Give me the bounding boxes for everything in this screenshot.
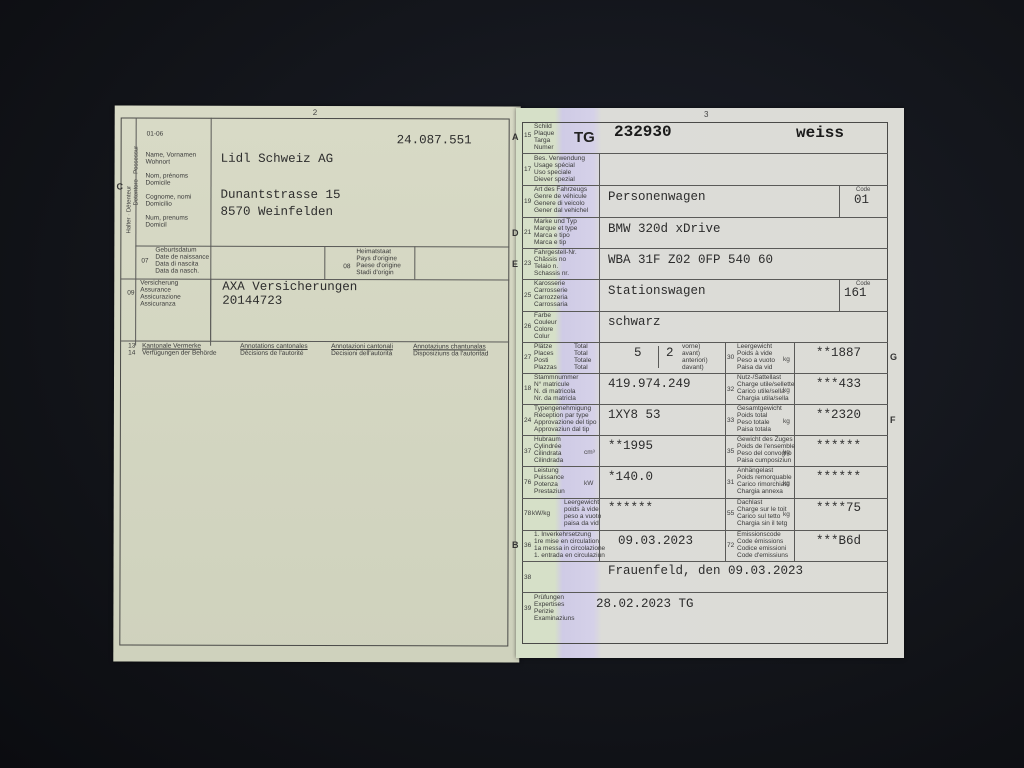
- holder-city: 8570 Weinfelden: [220, 205, 333, 219]
- canton-code: TG: [574, 129, 595, 146]
- inspection-date: 28.02.2023 TG: [596, 597, 694, 611]
- roof-load: ****75: [816, 501, 861, 515]
- label: Stadi d'origin: [356, 269, 393, 276]
- label: Stammnummer: [534, 374, 578, 381]
- field-number: 24: [524, 417, 531, 424]
- column-number: 2: [313, 108, 317, 117]
- label: Genere di veicolo: [534, 200, 585, 207]
- label: Leergewicht: [737, 343, 772, 350]
- divider: [324, 246, 325, 279]
- holder-street: Dunantstrasse 15: [220, 188, 340, 202]
- label: Fahrgestell-Nr.: [534, 249, 577, 256]
- emission-code: ***B6d: [816, 534, 861, 548]
- power-to-weight: ******: [608, 501, 653, 515]
- label: Anhängelast: [737, 467, 773, 474]
- label: Codice emissioni: [737, 545, 786, 552]
- label: vorne): [682, 343, 700, 350]
- seats-front: 2: [666, 346, 674, 360]
- label: peso a vuoto: [564, 513, 601, 520]
- field-number: 07: [141, 258, 148, 265]
- label: Cilindrada: [534, 457, 563, 464]
- field-number: 26: [524, 323, 531, 330]
- label: Typengenehmigung: [534, 405, 591, 412]
- label: Examinaziuns: [534, 615, 574, 622]
- chassis-number: WBA 31F Z02 0FP 540 60: [608, 253, 773, 267]
- divider: [658, 346, 659, 368]
- type-approval: 1XY8 53: [608, 408, 661, 422]
- label: Carrozzeria: [534, 294, 568, 301]
- label: Poids total: [737, 412, 767, 419]
- section-letter: F: [890, 415, 896, 425]
- body-type-code: 161: [844, 286, 867, 300]
- divider: [522, 561, 888, 562]
- label: Leistung: [534, 467, 559, 474]
- label: Châssis no: [534, 256, 566, 263]
- label: Peso a vuoto: [737, 357, 775, 364]
- field-number: 37: [524, 448, 531, 455]
- body-type: Stationswagen: [608, 284, 706, 298]
- holder-number: 24.087.551: [397, 133, 472, 147]
- label: davant): [682, 364, 704, 371]
- vehicle-type: Personenwagen: [608, 190, 706, 204]
- divider: [725, 342, 726, 561]
- column-number: 3: [704, 110, 708, 119]
- annotation-label: Disposiziuns da l'autoritad: [413, 350, 488, 357]
- label: Totale: [574, 357, 591, 364]
- field-number: 23: [524, 260, 531, 267]
- holder-vertical-label: Halter · Détenteur: [126, 186, 132, 234]
- divider: [522, 435, 888, 436]
- label: Perizie: [534, 608, 554, 615]
- field-number: 14: [128, 350, 135, 357]
- label: Gener dal vehichel: [534, 207, 588, 214]
- label: Emissionscode: [737, 531, 781, 538]
- unit-label: kg: [783, 511, 790, 518]
- label: Carrossaria: [534, 301, 568, 308]
- field-number: 18: [524, 385, 531, 392]
- vehicle-type-code: 01: [854, 193, 869, 207]
- vehicle-color: schwarz: [608, 315, 661, 329]
- train-weight: ******: [816, 439, 861, 453]
- divider: [522, 466, 888, 467]
- field-number: 21: [524, 229, 531, 236]
- unit-label: cm³: [584, 449, 595, 456]
- label: Chargia utila/sella: [737, 395, 789, 402]
- label: N° matricule: [534, 381, 569, 388]
- field-number: 72: [727, 542, 734, 549]
- label: Domicilio: [145, 201, 171, 208]
- field-number: 30: [727, 354, 734, 361]
- label: Gewicht des Zuges: [737, 436, 793, 443]
- label: Cilindrata: [534, 450, 561, 457]
- annotation-label: Decisioni dell'autorità: [331, 350, 392, 357]
- label: Usage spécial: [534, 162, 575, 169]
- label: Total: [574, 364, 588, 371]
- payload: ***433: [816, 377, 861, 391]
- label: Numer: [534, 144, 554, 151]
- insurance-number: 20144723: [222, 294, 282, 308]
- label: 1re mise en circulation: [534, 538, 599, 545]
- label: Art des Fahrzeugs: [534, 186, 587, 193]
- unit-label: kg: [783, 480, 790, 487]
- registration-left-page: 2 C Halter · Détenteur Detentore · Posse…: [113, 105, 520, 662]
- field-number: 32: [727, 386, 734, 393]
- unit-label: kg: [783, 418, 790, 425]
- label: Assicuranza: [140, 301, 175, 308]
- label: Potenza: [534, 481, 558, 488]
- label: Plaque: [534, 130, 554, 137]
- label: Total: [574, 343, 588, 350]
- label: Hubraum: [534, 436, 561, 443]
- label: Dachlast: [737, 499, 762, 506]
- plate-number: 232930: [614, 123, 672, 141]
- label: Wohnort: [146, 159, 170, 166]
- label: Code émissions: [737, 538, 783, 545]
- label: Prüfungen: [534, 594, 564, 601]
- field-number: 78: [524, 510, 531, 517]
- plate-color: weiss: [796, 124, 844, 142]
- field-number: 39: [524, 605, 531, 612]
- label: Poids à vide: [737, 350, 772, 357]
- field-number: 19: [524, 198, 531, 205]
- unit-label: kg: [783, 449, 790, 456]
- label: Marca e tip: [534, 239, 566, 246]
- field-number: 38: [524, 574, 531, 581]
- label: 1. Inverkehrsetzung: [534, 531, 591, 538]
- annotation-label: Décisions de l'autorité: [240, 350, 303, 357]
- section-letter: A: [512, 132, 519, 142]
- label: anteriori): [682, 357, 708, 364]
- label: Assurance: [140, 287, 171, 294]
- divider: [839, 279, 840, 311]
- holder-name: Lidl Schweiz AG: [221, 152, 334, 166]
- annotation-label: Verfügungen der Behörde: [142, 350, 216, 357]
- label: Schassis nr.: [534, 270, 569, 277]
- field-number: 25: [524, 292, 531, 299]
- label: Plazzas: [534, 364, 557, 371]
- label: Couleur: [534, 319, 557, 326]
- label: poids à vide: [564, 506, 599, 513]
- label-column-divider: [599, 153, 600, 561]
- label: Chargia annexa: [737, 488, 783, 495]
- label: Bes. Verwendung: [534, 155, 585, 162]
- label: Paisa cumposiziun: [737, 457, 791, 464]
- label: Total: [574, 350, 588, 357]
- make-and-model: BMW 320d xDrive: [608, 222, 721, 236]
- label: Telaio n.: [534, 263, 558, 270]
- insurance-name: AXA Versicherungen: [222, 280, 357, 294]
- label: Diever spezial: [534, 176, 575, 183]
- label: Uso speciale: [534, 169, 571, 176]
- label: Colore: [534, 326, 553, 333]
- label: Domicile: [146, 180, 171, 187]
- label: Expertises: [534, 601, 564, 608]
- registry-number: 419.974.249: [608, 377, 691, 391]
- label: paisa da vid: [564, 520, 599, 527]
- empty-weight: **1887: [816, 346, 861, 360]
- field-number: 15: [524, 132, 531, 139]
- field-number: 35: [727, 448, 734, 455]
- field-number: 08: [343, 263, 350, 270]
- label: avant): [682, 350, 700, 357]
- section-letter: D: [512, 228, 519, 238]
- label: Peso totale: [737, 419, 770, 426]
- label: N. di matricola: [534, 388, 576, 395]
- label: Carico rimorchiato: [737, 481, 790, 488]
- field-number: 55: [727, 510, 734, 517]
- field-01-06-code: 01-06: [147, 131, 164, 138]
- label: Targa: [534, 137, 550, 144]
- field-number: 31: [727, 479, 734, 486]
- registration-right-page: 3 A D E B G F 15 Schild Plaque Targa Num…: [516, 108, 904, 658]
- label: Puissance: [534, 474, 564, 481]
- divider: [414, 246, 415, 279]
- label: Gesamtgewicht: [737, 405, 782, 412]
- unit-label: kg: [783, 356, 790, 363]
- label: Paisa totala: [737, 426, 771, 433]
- issue-place-date: Frauenfeld, den 09.03.2023: [608, 564, 803, 578]
- divider: [522, 153, 888, 154]
- label: Nutz-/Sattellast: [737, 374, 781, 381]
- label: Carico utile/sella: [737, 388, 785, 395]
- field-number: 36: [524, 542, 531, 549]
- towing-capacity: ******: [816, 470, 861, 484]
- label: Colur: [534, 333, 550, 340]
- field-number: 76: [524, 479, 531, 486]
- power: *140.0: [608, 470, 653, 484]
- label: Réception par type: [534, 412, 589, 419]
- label: Marke und Typ: [534, 218, 577, 225]
- label: Carico sul tetto: [737, 513, 780, 520]
- label: Chargia sin il tetg: [737, 520, 787, 527]
- field-number: 09: [127, 290, 134, 297]
- field-number: 17: [524, 166, 531, 173]
- label: Farbe: [534, 312, 551, 319]
- label: Genre de véhicule: [534, 193, 587, 200]
- label: 1. entrada en circulaziun: [534, 552, 605, 559]
- field-number: 33: [727, 417, 734, 424]
- displacement: **1995: [608, 439, 653, 453]
- divider: [839, 185, 840, 217]
- unit-label: kg: [783, 387, 790, 394]
- label: Marca e tipo: [534, 232, 570, 239]
- divider: [522, 279, 888, 280]
- label: 1a messa in circolazione: [534, 545, 605, 552]
- unit-label: kW/kg: [532, 510, 550, 517]
- field-number: 13: [128, 343, 135, 350]
- label: Karosserie: [534, 280, 565, 287]
- seats-total: 5: [634, 346, 642, 360]
- divider: [522, 311, 888, 312]
- label: Schild: [534, 123, 552, 130]
- first-registration-date: 09.03.2023: [618, 534, 693, 548]
- label: Nr. da matricla: [534, 395, 576, 402]
- section-letter: B: [512, 540, 519, 550]
- label: Leergewicht: [564, 499, 599, 506]
- label: Data da nasch.: [155, 268, 199, 275]
- section-letter-c: C: [117, 181, 124, 191]
- label: Posti: [534, 357, 548, 364]
- total-weight: **2320: [816, 408, 861, 422]
- label: Paisa da vid: [737, 364, 772, 371]
- label: Prestaziun: [534, 488, 565, 495]
- divider: [210, 279, 211, 341]
- section-letter: E: [512, 259, 518, 269]
- label: Domicil: [145, 222, 166, 229]
- label: Approvazione del tipo: [534, 419, 597, 426]
- label: Code d'emissiuns: [737, 552, 788, 559]
- label: Charge sur le toit: [737, 506, 787, 513]
- divider: [794, 342, 795, 561]
- field-number: 27: [524, 354, 531, 361]
- label: Plätze: [534, 343, 552, 350]
- label: Approvaziun dal tip: [534, 426, 589, 433]
- section-letter: G: [890, 352, 897, 362]
- label: Carrosserie: [534, 287, 568, 294]
- label: Cylindrée: [534, 443, 561, 450]
- label: Places: [534, 350, 554, 357]
- label: Marque et type: [534, 225, 577, 232]
- unit-label: kW: [584, 480, 593, 487]
- divider: [522, 592, 888, 593]
